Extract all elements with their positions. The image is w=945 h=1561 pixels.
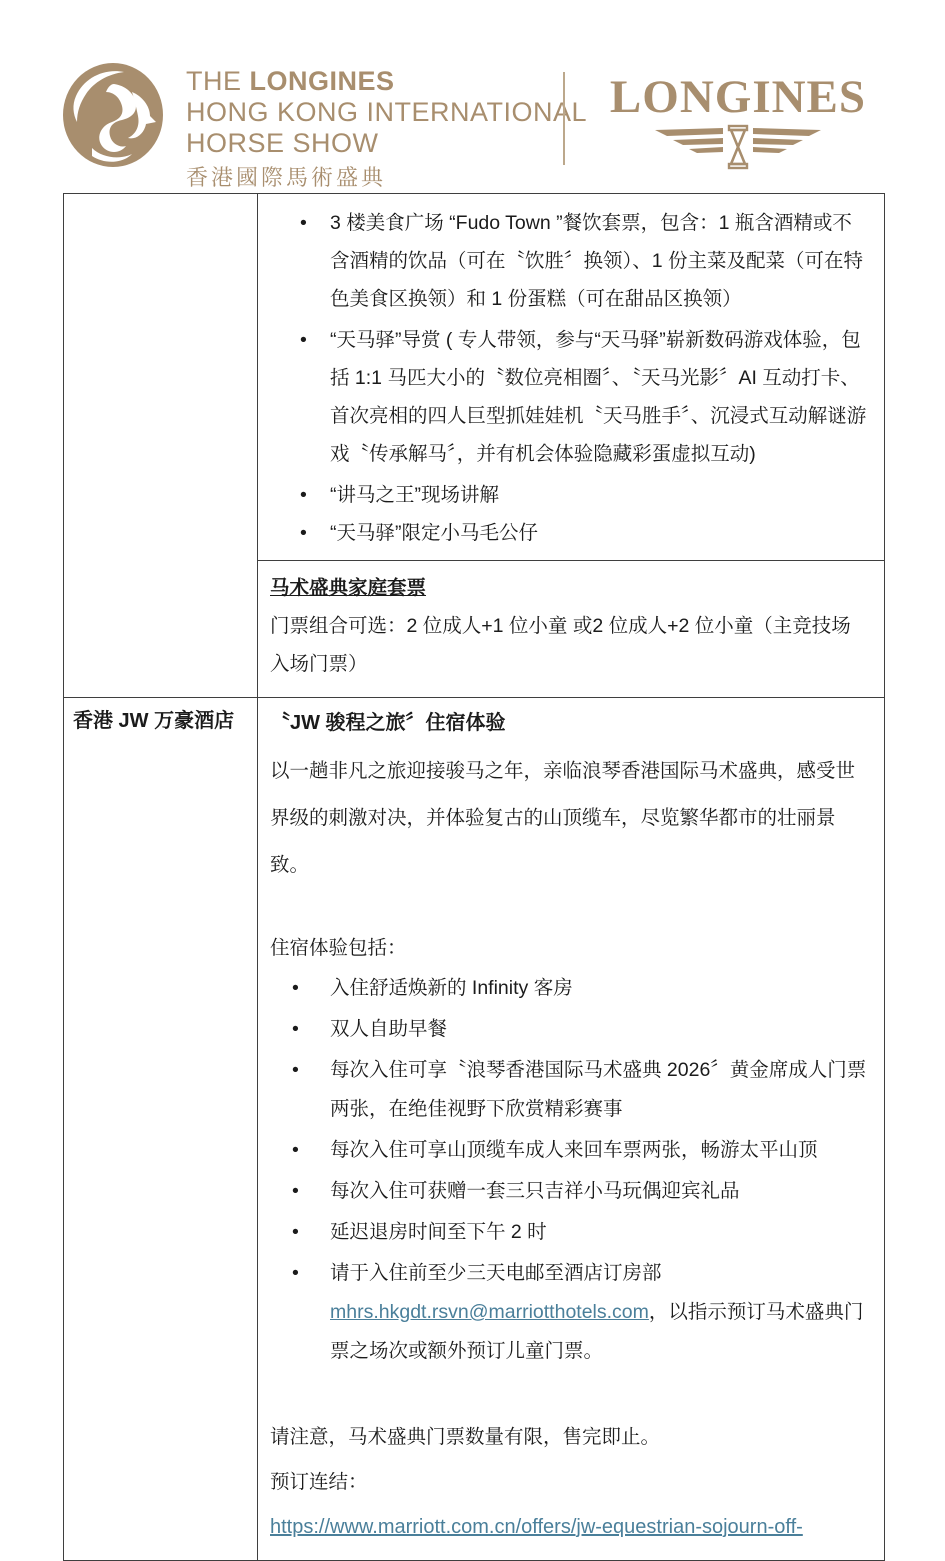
bullet-text: “天马驿”限定小马毛公仔 [330, 522, 538, 544]
jw-package-heading: 〝JW 骏程之旅〞住宿体验 [270, 707, 870, 739]
list-item: •“天马驿”限定小马毛公仔 [270, 514, 870, 552]
bullet-text: 请于入住前至少三天电邮至酒店订房部 [330, 1262, 662, 1284]
event-logo-text: THE LONGINES HONG KONG INTERNATIONAL HOR… [186, 66, 587, 193]
includes-label: 住宿体验包括： [270, 929, 870, 967]
availability-note: 请注意，马术盛典门票数量有限，售完即止。 [270, 1415, 870, 1460]
event-logo-line4: 香港國際馬術盛典 [186, 162, 587, 193]
row1-left-cell-empty [64, 194, 258, 697]
family-package-text: 门票组合可选：2 位成人+1 位小童 或2 位成人+2 位小童（主竞技场入场门票… [270, 607, 870, 683]
bullet-icon: • [292, 1010, 299, 1049]
bullet-text: 每次入住可享〝浪琴香港国际马术盛典 2026〞黄金席成人门票两张，在绝佳视野下欣… [330, 1059, 866, 1120]
list-item: •每次入住可获赠一套三只吉祥小马玩偶迎宾礼品 [270, 1172, 870, 1211]
bullet-icon: • [300, 321, 307, 359]
bullet-icon: • [300, 476, 307, 514]
booking-link-label: 预订连结： [270, 1460, 870, 1505]
winged-hourglass-icon [653, 124, 823, 170]
horse-head-icon [62, 62, 164, 168]
hotel-email-link[interactable]: mhrs.hkgdt.rsvn@marriotthotels.com [330, 1301, 649, 1323]
bullet-text: 3 楼美食广场 “Fudo Town ”餐饮套票，包含：1 瓶含酒精或不含酒精的… [330, 212, 863, 310]
bullet-icon: • [292, 969, 299, 1008]
info-table: •3 楼美食广场 “Fudo Town ”餐饮套票，包含：1 瓶含酒精或不含酒精… [63, 193, 885, 1561]
hotel-name-cell: 香港 JW 万豪酒店 [64, 698, 258, 1560]
event-logo-line1: THE LONGINES [186, 66, 587, 97]
family-package-heading: 马术盛典家庭套票 [270, 569, 870, 607]
bullet-icon: • [292, 1213, 299, 1252]
booking-url-link[interactable]: https://www.marriott.com.cn/offers/jw-eq… [270, 1516, 803, 1538]
bullet-text: 双人自助早餐 [330, 1018, 447, 1040]
bullet-icon: • [300, 204, 307, 242]
row1-right-column: •3 楼美食广场 “Fudo Town ”餐饮套票，包含：1 瓶含酒精或不含酒精… [258, 194, 884, 697]
bullet-icon: • [292, 1254, 299, 1293]
jw-package-intro: 以一趟非凡之旅迎接骏马之年，亲临浪琴香港国际马术盛典，感受世界级的刺激对决，并体… [270, 748, 870, 889]
bullet-text: “讲马之王”现场讲解 [330, 484, 499, 506]
jw-package-cell: 〝JW 骏程之旅〞住宿体验 以一趟非凡之旅迎接骏马之年，亲临浪琴香港国际马术盛典… [258, 698, 884, 1560]
list-item: •3 楼美食广场 “Fudo Town ”餐饮套票，包含：1 瓶含酒精或不含酒精… [270, 204, 870, 318]
list-item: •每次入住可享山顶缆车成人来回车票两张，畅游太平山顶 [270, 1131, 870, 1170]
package-bullet-list: •3 楼美食广场 “Fudo Town ”餐饮套票，包含：1 瓶含酒精或不含酒精… [258, 194, 884, 560]
bullet-text: 每次入住可享山顶缆车成人来回车票两张，畅游太平山顶 [330, 1139, 818, 1161]
list-item: •“讲马之王”现场讲解 [270, 476, 870, 514]
bullet-text: 入住舒适焕新的 Infinity 客房 [330, 977, 573, 999]
table-row: 香港 JW 万豪酒店 〝JW 骏程之旅〞住宿体验 以一趟非凡之旅迎接骏马之年，亲… [64, 697, 884, 1560]
list-item: •延迟退房时间至下午 2 时 [270, 1213, 870, 1252]
bullet-text: 每次入住可获赠一套三只吉祥小马玩偶迎宾礼品 [330, 1180, 740, 1202]
logo-divider [563, 72, 565, 165]
list-item: •每次入住可享〝浪琴香港国际马术盛典 2026〞黄金席成人门票两张，在绝佳视野下… [270, 1051, 870, 1129]
event-logo-line2: HONG KONG INTERNATIONAL [186, 97, 587, 128]
bullet-icon: • [300, 514, 307, 552]
bullet-text: “天马驿”导赏 ( 专人带领，参与“天马驿”崭新数码游戏体验，包括 1:1 马匹… [330, 329, 866, 465]
list-item: •入住舒适焕新的 Infinity 客房 [270, 969, 870, 1008]
longines-wordmark: LONGINES [593, 72, 883, 122]
family-package-cell: 马术盛典家庭套票 门票组合可选：2 位成人+1 位小童 或2 位成人+2 位小童… [258, 560, 884, 697]
bullet-icon: • [292, 1172, 299, 1211]
bullet-text: 延迟退房时间至下午 2 时 [330, 1221, 547, 1243]
row2-right-column: 〝JW 骏程之旅〞住宿体验 以一趟非凡之旅迎接骏马之年，亲临浪琴香港国际马术盛典… [258, 698, 884, 1560]
hotel-name: 香港 JW 万豪酒店 [73, 706, 249, 736]
document-page: { "colors": { "brand_bronze": "#a88e6e",… [0, 0, 945, 1528]
table-row: •3 楼美食广场 “Fudo Town ”餐饮套票，包含：1 瓶含酒精或不含酒精… [64, 194, 884, 697]
list-item: •“天马驿”导赏 ( 专人带领，参与“天马驿”崭新数码游戏体验，包括 1:1 马… [270, 321, 870, 473]
event-logo-line3: HORSE SHOW [186, 128, 587, 159]
list-item: •双人自助早餐 [270, 1010, 870, 1049]
bullet-icon: • [292, 1131, 299, 1170]
longines-logo: LONGINES [593, 72, 883, 170]
list-item: •请于入住前至少三天电邮至酒店订房部mhrs.hkgdt.rsvn@marrio… [270, 1254, 870, 1371]
bullet-icon: • [292, 1051, 299, 1090]
